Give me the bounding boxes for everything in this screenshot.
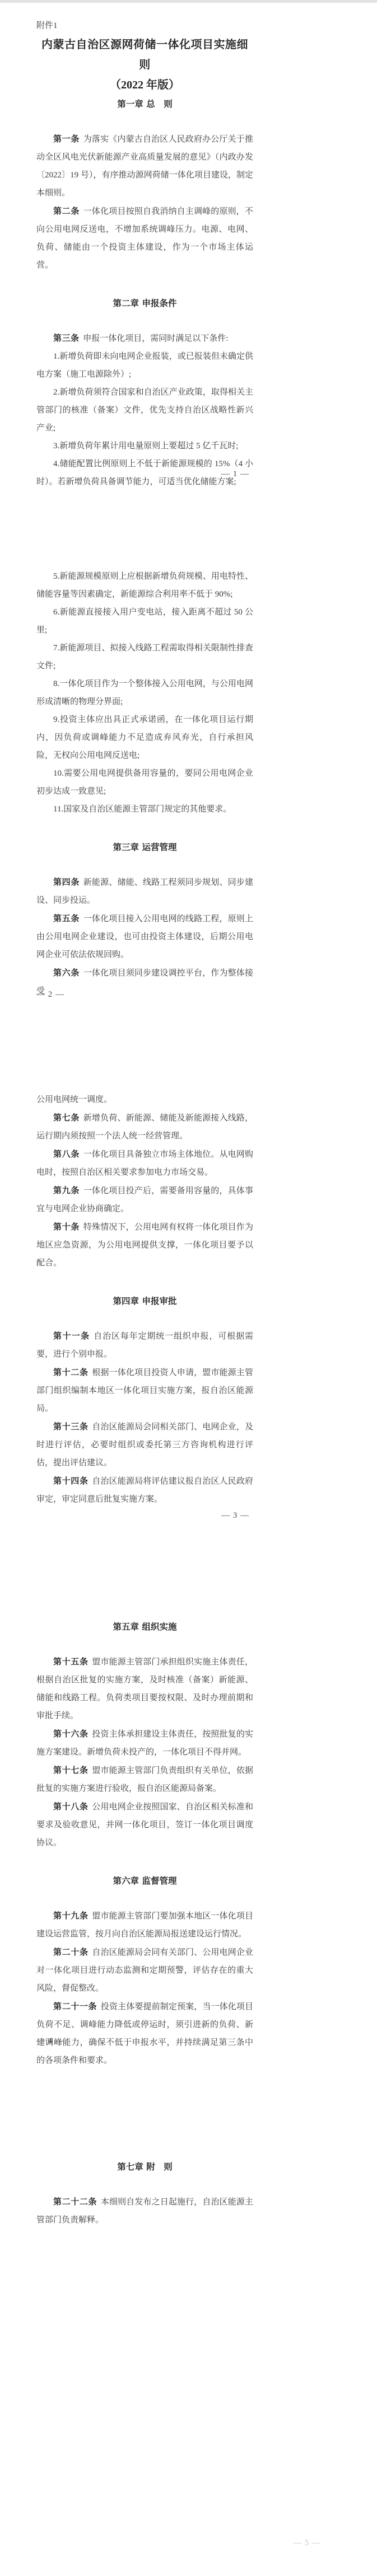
doc-title-line1: 内蒙古自治区源网荷储一体化项目实施细则 — [36, 35, 253, 75]
chapter-heading: 第七章 附 则 — [36, 2158, 253, 2176]
article-paragraph: 第十四条自治区能源局将评估建议报自治区人民政府审定，审定同意后批复实施方案。 — [36, 1472, 253, 1508]
continuation-paragraph: 公用电网统一调度。 — [36, 1091, 253, 1109]
article-label: 第二十条 — [53, 1947, 89, 1957]
article-paragraph: 第十八条公用电网企业按照国家、自治区相关标准和要求及验收意见，并网一体化项目，签… — [36, 1798, 253, 1852]
article-paragraph: 第二十一条投资主体要提前制定预案，当一体化项目负荷不足、调峰能力降低或停运时，须… — [36, 1997, 253, 2070]
article-label: 第十二条 — [53, 1367, 89, 1377]
page-number: — 4 — — [36, 2036, 64, 2046]
article-paragraph: 第十五条盟市能源主管部门承担组织实施主体责任，根据自治区批复的实施方案，及时核准… — [36, 1653, 253, 1725]
page-1: 附件1 内蒙古自治区源网荷储一体化项目实施细则 （2022 年版） 第一章 总 … — [0, 0, 377, 515]
article-label: 第十七条 — [53, 1765, 89, 1775]
chapter-heading: 第六章 监督管理 — [36, 1872, 253, 1890]
article-label: 第十五条 — [53, 1657, 89, 1667]
list-item: 10.需要公用电网提供备用容量的，要同公用电网企业初步达成一致意见; — [36, 764, 253, 800]
article-label: 第十三条 — [53, 1421, 89, 1432]
list-item: 6.新能源直接接入用户变电站，接入距离不超过 50 公里; — [36, 603, 253, 639]
list-item: 11.国家及自治区能源主管部门规定的其他要求。 — [36, 800, 253, 818]
chapter-heading: 第三章 运营管理 — [36, 838, 253, 856]
article-label: 第十条 — [53, 1222, 80, 1232]
page-number: — 1 — — [221, 469, 249, 479]
page-4-content: 第五章 组织实施第十五条盟市能源主管部门承担组织实施主体责任，根据自治区批复的实… — [36, 1618, 253, 2070]
list-item: 4.储能配置比例原则上不低于新能源规模的 15%（4 小时）。若新增负荷具备调节… — [36, 455, 253, 491]
chapter-heading: 第四章 申报审批 — [36, 1292, 253, 1310]
article-label: 第五条 — [53, 913, 80, 923]
article-paragraph: 第七条新增负荷、新能源、储能及新能源接入线路，运行期内须按照一个法人统一经营管理… — [36, 1109, 253, 1145]
list-item: 1.新增负荷即未向电网企业报装，或已报装但未确定供电方案（施工电源除外）; — [36, 348, 253, 383]
page-3: 公用电网统一调度。第七条新增负荷、新能源、储能及新能源接入线路，运行期内须按照一… — [0, 1031, 377, 1546]
article-paragraph: 第五条一体化项目接入公用电网的线路工程，原则上由公用电网企业建设，也可由投资主体… — [36, 909, 253, 964]
page-5: 第七章 附 则第二十二条本细则自发布之日起施行，自治区能源主管部门负责解释。 —… — [0, 2061, 377, 2576]
article-paragraph: 第二十条自治区能源局会同有关部门、公用电网企业对一体化项目进行动态监测和定期预警… — [36, 1943, 253, 1997]
page-3-content: 公用电网统一调度。第七条新增负荷、新能源、储能及新能源接入线路，运行期内须按照一… — [36, 1091, 253, 1508]
article-label: 第二条 — [53, 206, 80, 216]
attachment-label: 附件1 — [36, 17, 253, 35]
article-paragraph: 第十二条根据一体化项目投资人申请，盟市能源主管部门组织编制本地区一体化项目实施方… — [36, 1363, 253, 1418]
list-item: 2.新增负荷须符合国家和自治区产业政策，取得相关主管部门的核准（备案）文件，优先… — [36, 383, 253, 437]
article-paragraph: 第四条新能源、储能、线路工程须同步规划、同步建设、同步投运。 — [36, 873, 253, 909]
chapter-heading: 第二章 申报条件 — [36, 294, 253, 312]
article-paragraph: 第十七条盟市能源主管部门负责组织有关单位，依据批复的实施方案进行验收，报自治区能… — [36, 1761, 253, 1798]
article-label: 第九条 — [53, 1185, 80, 1195]
page-4: 第五章 组织实施第十五条盟市能源主管部门承担组织实施主体责任，根据自治区批复的实… — [0, 1546, 377, 2061]
article-paragraph: 第六条一体化项目须同步建设调控平台，作为整体接受 — [36, 964, 253, 1000]
article-paragraph: 第十九条盟市能源主管部门要加强本地区一体化项目建设运营监管，按月向自治区能源局报… — [36, 1907, 253, 1943]
article-paragraph: 第二条一体化项目按照自我消纳自主调峰的原则，不向公用电网反送电，不增加系统调峰压… — [36, 202, 253, 274]
article-label: 第十六条 — [53, 1729, 89, 1739]
article-paragraph: 第十六条投资主体承担建设主体责任，按照批复的实施方案建设。新增负荷未投产的，一体… — [36, 1725, 253, 1761]
article-label: 第十八条 — [53, 1801, 89, 1812]
article-label: 第二十一条 — [53, 2001, 97, 2011]
doc-title-line2: （2022 年版） — [36, 75, 253, 95]
list-item: 3.新增负荷年累计用电量原则上要超过 5 亿千瓦时; — [36, 437, 253, 455]
article-label: 第八条 — [53, 1149, 80, 1159]
article-paragraph: 第九条一体化项目投产后，需要备用容量的，具体事宜与电网企业协商确定。 — [36, 1181, 253, 1218]
article-paragraph: 第一条为落实《内蒙古自治区人民政府办公厅关于推动全区风电光伏新能源产业高质量发展… — [36, 130, 253, 202]
article-label: 第一条 — [53, 134, 80, 144]
chapter-heading: 第五章 组织实施 — [36, 1618, 253, 1636]
article-label: 第七条 — [53, 1113, 80, 1123]
page-2-content: 5.新能源规模原则上应根据新增负荷规模、用电特性、储能容量等因素确定，新能源综合… — [36, 567, 253, 1000]
article-paragraph: 第八条一体化项目具备独立市场主体地位。从电网购电时，按照自治区相关要求参加电力市… — [36, 1145, 253, 1181]
list-item: 5.新能源规模原则上应根据新增负荷规模、用电特性、储能容量等因素确定，新能源综合… — [36, 567, 253, 603]
page-5-content: 第七章 附 则第二十二条本细则自发布之日起施行，自治区能源主管部门负责解释。 — [36, 2158, 253, 2229]
article-label: 第十九条 — [53, 1911, 89, 1921]
page-2: 5.新能源规模原则上应根据新增负荷规模、用电特性、储能容量等因素确定，新能源综合… — [0, 515, 377, 1031]
article-paragraph: 第十三条自治区能源局会同相关部门、电网企业，及时进行评估，必要时组织或委托第三方… — [36, 1418, 253, 1472]
page-number: — 2 — — [36, 989, 64, 1000]
article-paragraph: 第三条申报一体化项目，需同时满足以下条件: — [36, 329, 253, 348]
document-scan: 附件1 内蒙古自治区源网荷储一体化项目实施细则 （2022 年版） 第一章 总 … — [0, 0, 377, 2576]
article-label: 第二十二条 — [53, 2197, 97, 2207]
article-paragraph: 第十一条自治区每年定期统一组织申报，可根据需要，进行个别申报。 — [36, 1327, 253, 1363]
list-item: 7.新能源项目、拟接入线路工程需取得相关限制性排查文件; — [36, 639, 253, 675]
article-paragraph: 第二十二条本细则自发布之日起施行，自治区能源主管部门负责解释。 — [36, 2193, 253, 2229]
article-label: 第四条 — [53, 877, 80, 887]
article-label: 第十一条 — [53, 1331, 90, 1341]
article-label: 第三条 — [53, 333, 80, 343]
page-number: — 5 — — [293, 2538, 321, 2548]
article-paragraph: 第十条特殊情况下，公用电网有权将一体化项目作为地区应急资源，为公用电网提供支撑，… — [36, 1218, 253, 1272]
list-item: 9.投资主体应出具正式承诺函，在一体化项目运行期内，因负荷或调峰能力不足造成弃风… — [36, 711, 253, 764]
chapter-heading: 第一章 总 则 — [36, 95, 253, 113]
article-label: 第十四条 — [53, 1476, 89, 1486]
article-label: 第六条 — [53, 968, 80, 978]
list-item: 8.一体化项目作为一个整体接入公用电网，与公用电网形成清晰的物理分界面; — [36, 675, 253, 711]
page-1-content: 第一章 总 则第一条为落实《内蒙古自治区人民政府办公厅关于推动全区风电光伏新能源… — [36, 95, 253, 491]
page-number: — 3 — — [221, 1510, 249, 1521]
